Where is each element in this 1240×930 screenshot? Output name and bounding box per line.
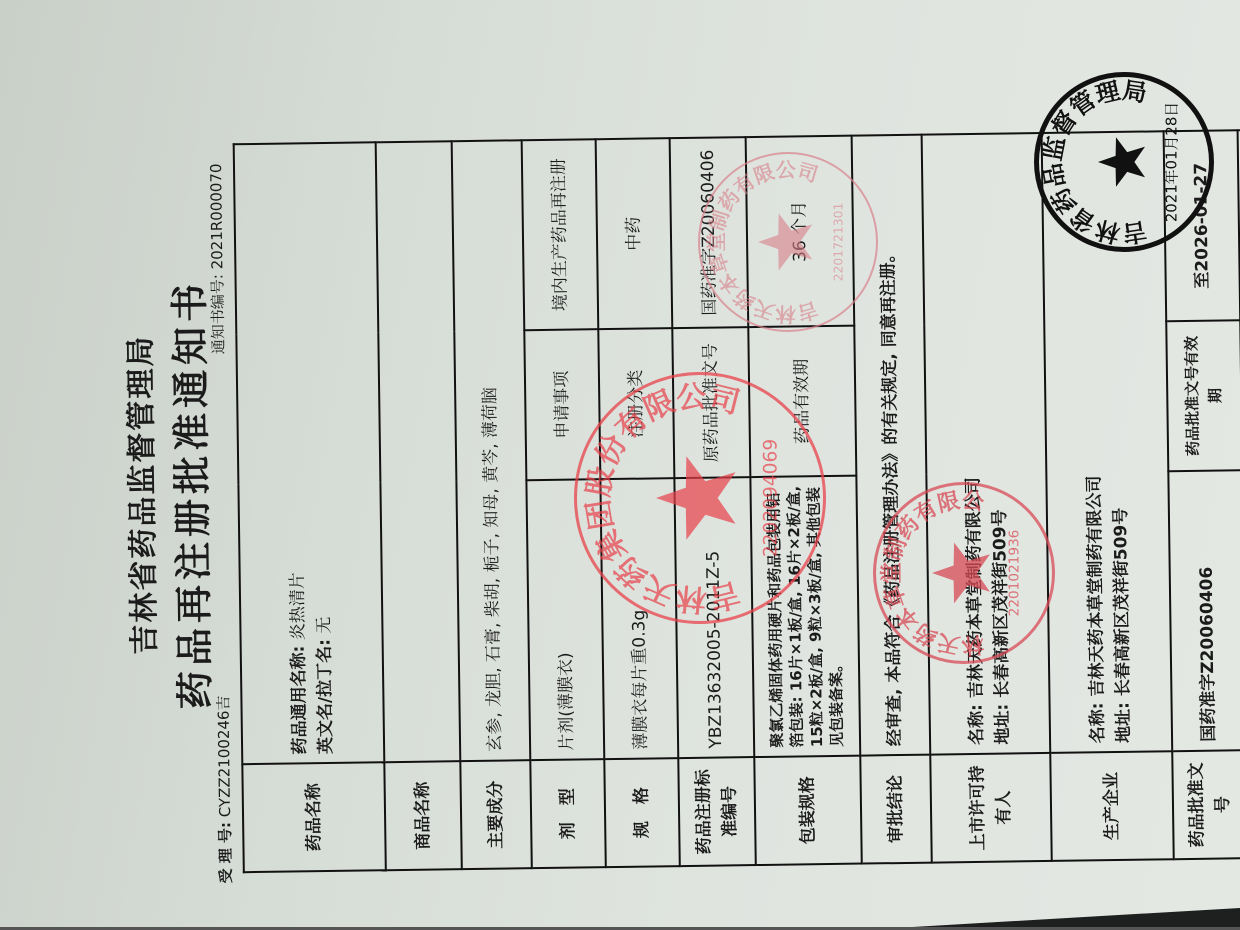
value-conclusion: 经审查, 本品符合《药品注册管理办法》的有关规定, 同意再注册。	[852, 135, 931, 756]
english-name-label: 英文名/拉丁名:	[315, 639, 337, 754]
mah-name: 吉林天药本草堂制药有限公司	[963, 477, 986, 698]
label-drug-name: 药品名称	[242, 762, 385, 872]
label-dosage-form: 剂 型	[530, 759, 606, 868]
label-mah: 上市许可持有人	[930, 753, 1051, 863]
mah-name-label: 名称:	[966, 704, 987, 745]
manufacturer-address: 长春高新区茂祥街509号	[1111, 508, 1134, 697]
value-shelf-life: 36 个月	[746, 136, 855, 327]
row-manufacturer: 生产企业 名称: 吉林天药本草堂制药有限公司 地址: 长春高新区茂祥街509号	[1042, 131, 1174, 861]
mah-address: 长春高新区茂祥街509号	[990, 509, 1013, 698]
notice-number: 通知书编号: 2021R000070	[205, 163, 229, 354]
label-application-item: 申请事项	[524, 329, 600, 480]
value-mah: 名称: 吉林天药本草堂制药有限公司 地址: 长春高新区茂祥街509号	[922, 133, 1051, 755]
value-original-approval-number: 国药准字Z20060406	[670, 137, 749, 328]
manufacturer-name-label: 名称:	[1087, 702, 1108, 743]
value-ingredients: 玄参, 龙胆, 石膏, 柴胡, 栀子, 知母, 黄芩, 薄荷脑	[452, 140, 531, 761]
manufacturer-name: 吉林天药本草堂制药有限公司	[1084, 475, 1107, 696]
row-packaging: 包装规格 聚氯乙烯固体药用硬片和药品包装用铝箔包装: 16片×1板/盒, 16片…	[746, 136, 862, 865]
label-approval-validity: 药品批准文号有效期	[1166, 320, 1240, 471]
label-specification: 规 格	[604, 758, 680, 867]
notice-document: 吉林省药品监督管理局 药品再注册批准通知书 受 理 号: CYZZ2100246…	[104, 91, 1115, 885]
value-application-item: 境内生产药品再注册	[522, 139, 599, 330]
receipt-label: 受 理 号:	[216, 822, 235, 884]
value-specification: 薄膜衣每片重0.3g	[600, 478, 678, 759]
value-drug-name: 药品通用名称: 炎热清片 英文名/拉丁名: 无	[234, 142, 385, 764]
value-packaging: 聚氯乙烯固体药用硬片和药品包装用铝箔包装: 16片×1板/盒, 16片×2板/盒…	[750, 476, 860, 757]
notice-value: 2021R000070	[207, 163, 226, 269]
row-ingredients: 主要成分 玄参, 龙胆, 石膏, 柴胡, 栀子, 知母, 黄芩, 薄荷脑	[452, 140, 532, 869]
common-name-label: 药品通用名称:	[288, 645, 310, 754]
label-shelf-life: 药品有效期	[748, 326, 856, 477]
value-registration-class: 中药	[596, 138, 673, 329]
row-mah: 上市许可持有人 名称: 吉林天药本草堂制药有限公司 地址: 长春高新区茂祥街50…	[922, 133, 1052, 863]
row-approval-number: 药品批准文号 国药准字Z20060406 药品批准文号有效期 至2026-01-…	[1164, 130, 1240, 859]
value-trade-name	[376, 141, 461, 762]
label-trade-name: 商品名称	[384, 761, 462, 870]
row-standard-number: 药品注册标准编号 YBZ13632005-2011Z-5 原药品批准文号 国药准…	[670, 137, 756, 866]
approval-table: 药品名称 药品通用名称: 炎热清片 英文名/拉丁名: 无 商品名称 主要成分 玄…	[233, 126, 1240, 873]
value-approval-number: 国药准字Z20060406	[1168, 470, 1240, 751]
row-trade-name: 商品名称	[376, 141, 462, 870]
value-approval-validity: 至2026-01-27	[1164, 130, 1240, 321]
label-ingredients: 主要成分	[460, 760, 532, 869]
mah-address-label: 地址:	[993, 704, 1014, 745]
label-original-approval-number: 原药品批准文号	[672, 327, 750, 478]
label-standard-number: 药品注册标准编号	[678, 757, 756, 866]
row-drug-name: 药品名称 药品通用名称: 炎热清片 英文名/拉丁名: 无	[234, 142, 386, 872]
label-approval-number: 药品批准文号	[1172, 750, 1240, 859]
label-manufacturer: 生产企业	[1050, 751, 1173, 861]
row-dosage-form: 剂 型 片剂(薄膜衣) 申请事项 境内生产药品再注册	[522, 139, 606, 868]
manufacturer-address-label: 地址:	[1114, 702, 1135, 743]
english-name: 无	[314, 616, 334, 633]
notice-label: 通知书编号:	[208, 274, 227, 354]
receipt-number: 受 理 号: CYZZ2100246吉	[212, 695, 236, 883]
label-registration-class: 注册分类	[598, 328, 674, 479]
common-name: 炎热清片	[287, 572, 308, 640]
value-dosage-form: 片剂(薄膜衣)	[526, 479, 604, 760]
receipt-value: CYZZ2100246吉	[214, 695, 234, 817]
value-standard-number: YBZ13632005-2011Z-5	[674, 477, 754, 758]
label-conclusion: 审批结论	[860, 755, 932, 864]
label-packaging: 包装规格	[754, 756, 861, 865]
row-conclusion: 审批结论 经审查, 本品符合《药品注册管理办法》的有关规定, 同意再注册。	[852, 135, 932, 864]
value-manufacturer: 名称: 吉林天药本草堂制药有限公司 地址: 长春高新区茂祥街509号	[1042, 131, 1173, 753]
row-specification: 规 格 薄膜衣每片重0.3g 注册分类 中药	[596, 138, 680, 867]
